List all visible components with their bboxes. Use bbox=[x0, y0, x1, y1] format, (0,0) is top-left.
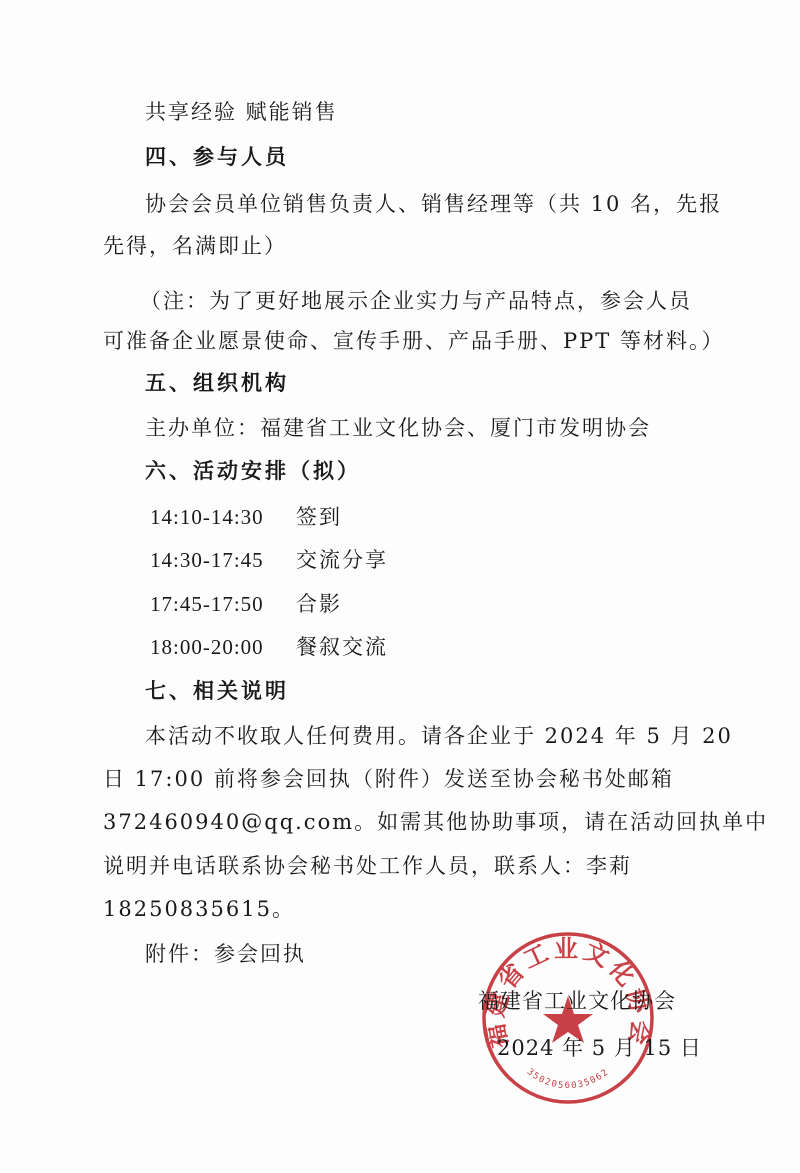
schedule-activity: 交流分享 bbox=[296, 546, 388, 574]
schedule-activity: 合影 bbox=[296, 590, 342, 618]
attachment-line: 附件：参会回执 bbox=[145, 940, 306, 968]
schedule-time: 14:10-14:30 bbox=[150, 503, 296, 531]
official-seal-icon: 福建省工业文化协会 3502056035062 bbox=[478, 928, 658, 1108]
signature-organization: 福建省工业文化协会 bbox=[478, 987, 676, 1015]
schedule-time: 18:00-20:00 bbox=[150, 633, 296, 661]
svg-text:3502056035062: 3502056035062 bbox=[525, 1067, 612, 1091]
section-heading-schedule: 六、活动安排（拟） bbox=[145, 457, 361, 485]
section-heading-participants: 四、参与人员 bbox=[145, 143, 289, 171]
schedule-activity: 餐叙交流 bbox=[296, 633, 388, 661]
intro-line: 共享经验 赋能销售 bbox=[145, 98, 338, 126]
notes-line-4: 说明并电话联系协会秘书处工作人员，联系人：李莉 bbox=[103, 852, 632, 880]
notes-line-3: 372460940@qq.com。如需其他协助事项，请在活动回执单中 bbox=[103, 808, 768, 836]
document-page: 共享经验 赋能销售 四、参与人员 协会会员单位销售负责人、销售经理等（共 10 … bbox=[0, 0, 800, 1173]
section-heading-notes: 七、相关说明 bbox=[145, 677, 289, 705]
notes-line-2: 日 17:00 前将参会回执（附件）发送至协会秘书处邮箱 bbox=[103, 765, 674, 793]
section-heading-organization: 五、组织机构 bbox=[145, 369, 289, 397]
signature-date: 2024 年 5 月 15 日 bbox=[497, 1034, 702, 1062]
schedule-activity: 签到 bbox=[296, 503, 342, 531]
participants-line-1: 协会会员单位销售负责人、销售经理等（共 10 名，先报 bbox=[145, 190, 722, 218]
schedule-time: 14:30-17:45 bbox=[150, 546, 296, 574]
schedule-row: 14:30-17:45交流分享 bbox=[150, 546, 388, 574]
participants-line-2: 先得，名满即止） bbox=[103, 232, 287, 260]
schedule-row: 18:00-20:00餐叙交流 bbox=[150, 633, 388, 661]
notes-line-5: 18250835615。 bbox=[103, 895, 295, 923]
notes-line-1: 本活动不收取人任何费用。请各企业于 2024 年 5 月 20 bbox=[145, 722, 733, 750]
organizer-line: 主办单位：福建省工业文化协会、厦门市发明协会 bbox=[145, 414, 651, 442]
schedule-row: 14:10-14:30签到 bbox=[150, 503, 342, 531]
participants-note-line-1: （注：为了更好地展示企业实力与产品特点，参会人员 bbox=[140, 287, 692, 315]
participants-note-line-2: 可准备企业愿景使命、宣传手册、产品手册、PPT 等材料。） bbox=[103, 327, 724, 355]
schedule-time: 17:45-17:50 bbox=[150, 590, 296, 618]
schedule-row: 17:45-17:50合影 bbox=[150, 590, 342, 618]
